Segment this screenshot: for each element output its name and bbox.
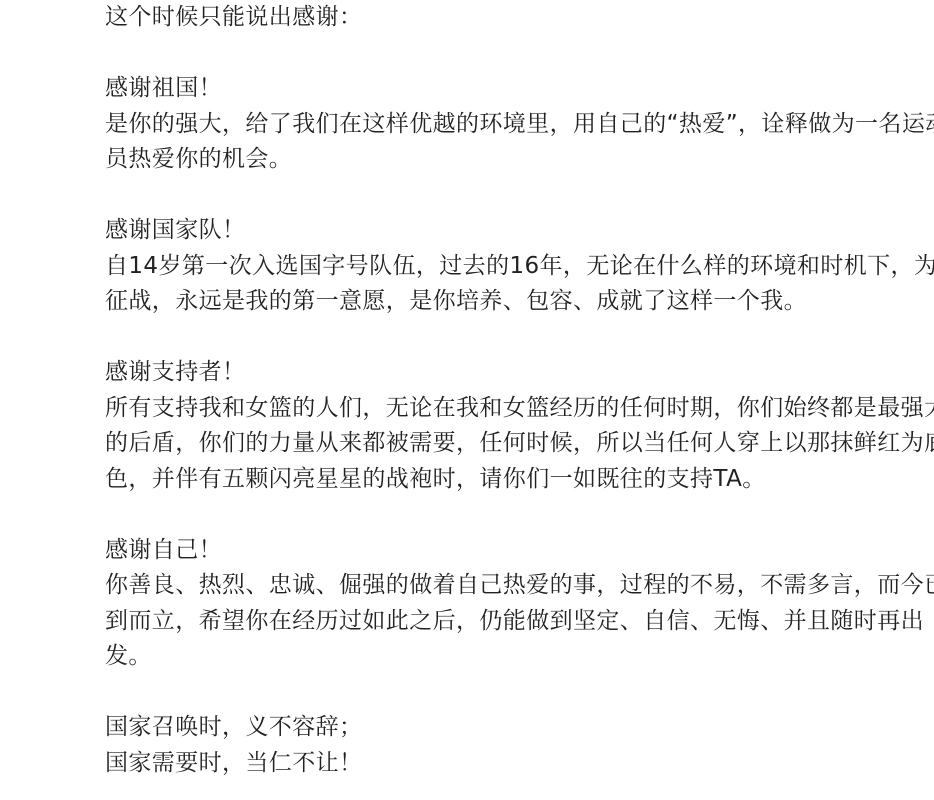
- section-heading: 感谢祖国！: [105, 71, 925, 107]
- section-text-line: 色，并伴有五颗闪亮星星的战袍时，请你们一如既往的支持TA。: [105, 462, 925, 498]
- section-heading: 感谢国家队！: [105, 213, 925, 249]
- document-body: 这个时候只能说出感谢： 感谢祖国！ 是你的强大，给了我们在这样优越的环境里，用自…: [105, 0, 925, 781]
- paragraph-gap: [105, 320, 925, 356]
- intro-line: 这个时候只能说出感谢：: [105, 0, 925, 36]
- section-text-line: 自14岁第一次入选国字号队伍，过去的16年，无论在什么样的环境和时机下，为国: [105, 249, 925, 285]
- section-text-line: 发。: [105, 639, 925, 675]
- section-text-line: 是你的强大，给了我们在这样优越的环境里，用自己的“热爱”，诠释做为一名运动: [105, 107, 925, 143]
- closing-line: 国家召唤时，义不容辞；: [105, 710, 925, 746]
- closing-line: 国家需要时，当仁不让！: [105, 746, 925, 782]
- paragraph-gap: [105, 178, 925, 214]
- section-supporters: 感谢支持者！ 所有支持我和女篮的人们，无论在我和女篮经历的任何时期，你们始终都是…: [105, 355, 925, 497]
- paragraph-gap: [105, 497, 925, 533]
- section-heading: 感谢自己！: [105, 533, 925, 569]
- paragraph-gap: [105, 36, 925, 72]
- section-text-line: 的后盾，你们的力量从来都被需要，任何时候，所以当任何人穿上以那抹鲜红为底: [105, 426, 925, 462]
- section-motherland: 感谢祖国！ 是你的强大，给了我们在这样优越的环境里，用自己的“热爱”，诠释做为一…: [105, 71, 925, 178]
- section-text-line: 员热爱你的机会。: [105, 142, 925, 178]
- section-self: 感谢自己！ 你善良、热烈、忠诚、倔强的做着自己热爱的事，过程的不易，不需多言，而…: [105, 533, 925, 675]
- section-heading: 感谢支持者！: [105, 355, 925, 391]
- section-text-line: 征战，永远是我的第一意愿，是你培养、包容、成就了这样一个我。: [105, 284, 925, 320]
- section-text-line: 到而立，希望你在经历过如此之后，仍能做到坚定、自信、无悔、并且随时再出: [105, 604, 925, 640]
- section-text-line: 所有支持我和女篮的人们，无论在我和女篮经历的任何时期，你们始终都是最强大: [105, 391, 925, 427]
- closing-section: 国家召唤时，义不容辞； 国家需要时，当仁不让！: [105, 710, 925, 781]
- section-text-line: 你善良、热烈、忠诚、倔强的做着自己热爱的事，过程的不易，不需多言，而今已: [105, 568, 925, 604]
- paragraph-gap: [105, 675, 925, 711]
- section-national-team: 感谢国家队！ 自14岁第一次入选国字号队伍，过去的16年，无论在什么样的环境和时…: [105, 213, 925, 320]
